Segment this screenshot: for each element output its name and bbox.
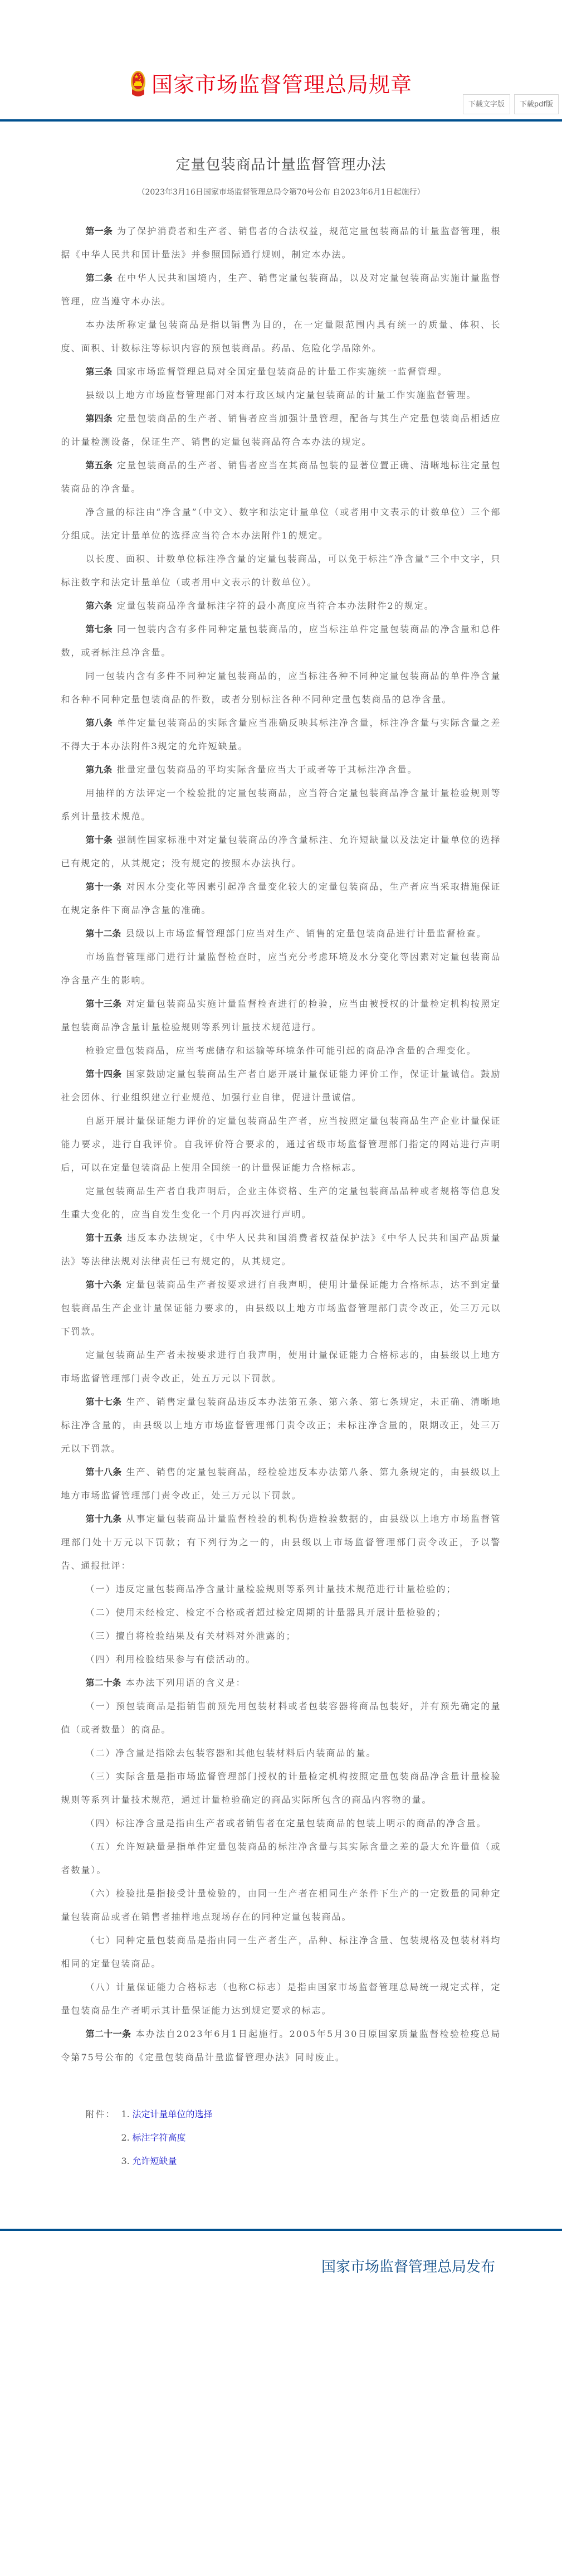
article-paragraph: 第二十一条本办法自2023年6月1日起施行。2005年5月30日原国家质量监督检…: [61, 2022, 501, 2069]
article-paragraph: 第四条定量包装商品的生产者、销售者应当加强计量管理，配备与其生产定量包装商品相适…: [61, 407, 501, 454]
article-paragraph: （三）实际含量是指市场监督管理部门授权的计量检定机构按照定量包装商品净含量计量检…: [61, 1765, 501, 1812]
attachment-row: 3. 允许短缺量: [86, 2150, 501, 2173]
article-text: 单件定量包装商品的实际含量应当准确反映其标注净含量，标注净含量与实际含量之差不得…: [61, 717, 501, 751]
article-text: （一）违反定量包装商品净含量计量检验规则等系列计量技术规范进行计量检验的；: [86, 1584, 457, 1594]
article-number: 第五条: [86, 460, 113, 470]
article-number: 第十五条: [86, 1233, 123, 1243]
article-text: 县级以上地方市场监督管理部门对本行政区域内定量包装商品的计量工作实施监督管理。: [86, 390, 477, 400]
article-paragraph: 第七条同一包装内含有多件同种定量包装商品的，应当标注单件定量包装商品的净含量和总…: [61, 618, 501, 664]
article-number: 第十九条: [86, 1513, 122, 1524]
article-text: 自愿开展计量保证能力评价的定量包装商品生产者，应当按照定量包装商品生产企业计量保…: [61, 1115, 501, 1173]
article-paragraph: 检验定量包装商品，应当考虑储存和运输等环境条件可能引起的商品净含量的合理变化。: [61, 1039, 501, 1063]
article-text: 对定量包装商品实施计量监督检查进行的检验，应当由被授权的计量检定机构按照定量包装…: [61, 998, 501, 1032]
article-paragraph: 以长度、面积、计数单位标注净含量的定量包装商品，可以免于标注“净含量”三个中文字…: [61, 547, 501, 594]
article-paragraph: 第三条国家市场监督管理总局对全国定量包装商品的计量工作实施统一监督管理。: [61, 360, 501, 384]
download-buttons: 下载文字版 下载pdf版: [463, 94, 559, 114]
article-number: 第二十条: [86, 1677, 121, 1688]
article-paragraph: （八）计量保证能力合格标志（也称C标志）是指由国家市场监督管理总局统一规定式样，…: [61, 1976, 501, 2022]
article-paragraph: 第十六条定量包装商品生产者按要求进行自我声明，使用计量保证能力合格标志，达不到定…: [61, 1273, 501, 1343]
footer-divider: [0, 2229, 562, 2231]
article-paragraph: （三）擅自将检验结果及有关材料对外泄露的；: [61, 1624, 501, 1648]
article-number: 第七条: [86, 624, 113, 634]
national-emblem-icon: [130, 70, 146, 100]
article-text: 定量包装商品的生产者、销售者应当加强计量管理，配备与其生产定量包装商品相适应的计…: [61, 413, 501, 447]
article-text: （三）擅自将检验结果及有关材料对外泄露的；: [86, 1631, 296, 1641]
article-text: （三）实际含量是指市场监督管理部门授权的计量检定机构按照定量包装商品净含量计量检…: [61, 1771, 501, 1805]
article-paragraph: 第十九条从事定量包装商品计量监督检验的机构伪造检验数据的，由县级以上地方市场监督…: [61, 1507, 501, 1578]
article-text: 生产、销售的定量包装商品，经检验违反本办法第八条、第九条规定的，由县级以上地方市…: [61, 1467, 501, 1501]
article-text: （四）利用检验结果参与有偿活动的。: [86, 1654, 256, 1665]
article-number: 第一条: [86, 226, 113, 236]
article-number: 第四条: [86, 413, 113, 424]
article-text: 定量包装商品生产者按要求进行自我声明，使用计量保证能力合格标志，达不到定量包装商…: [61, 1279, 501, 1337]
article-paragraph: 第一条为了保护消费者和生产者、销售者的合法权益，规范定量包装商品的计量监督管理，…: [61, 220, 501, 266]
article-number: 第二条: [86, 273, 113, 283]
article-text: （六）检验批是指接受计量检验的，由同一生产者在相同生产条件下生产的一定数量的同种…: [61, 1888, 501, 1922]
article-paragraph: 第十七条生产、销售定量包装商品违反本办法第五条、第六条、第七条规定，未正确、清晰…: [61, 1390, 501, 1461]
article-paragraph: 第二条在中华人民共和国境内，生产、销售定量包装商品，以及对定量包装商品实施计量监…: [61, 266, 501, 313]
article-paragraph: 第六条定量包装商品净含量标注字符的最小高度应当符合本办法附件2的规定。: [61, 594, 501, 618]
article-text: 批量定量包装商品的平均实际含量应当大于或者等于其标注净含量。: [117, 764, 418, 775]
article-text: 同一包装内含有多件同种定量包装商品的，应当标注单件定量包装商品的净含量和总件数，…: [61, 624, 501, 658]
article-text: （二）净含量是指除去包装容器和其他包装材料后内装商品的量。: [86, 1748, 377, 1758]
article-text: 从事定量包装商品计量监督检验的机构伪造检验数据的，由县级以上地方市场监督管理部门…: [61, 1513, 501, 1571]
article-text: 定量包装商品的生产者、销售者应当在其商品包装的显著位置正确、清晰地标注定量包装商…: [61, 460, 501, 494]
article-text: 违反本办法规定，《中华人民共和国消费者权益保护法》《中华人民共和国产品质量法》等…: [61, 1233, 501, 1267]
article-text: （一）预包装商品是指销售前预先用包装材料或者包装容器将商品包装好，并有预先确定的…: [61, 1701, 501, 1735]
article-number: 第十四条: [86, 1069, 122, 1079]
article-paragraph: 第十八条生产、销售的定量包装商品，经检验违反本办法第八条、第九条规定的，由县级以…: [61, 1461, 501, 1507]
article-number: 第十三条: [86, 998, 122, 1009]
article-text: 为了保护消费者和生产者、销售者的合法权益，规范定量包装商品的计量监督管理，根据《…: [61, 226, 501, 260]
article-number: 第十一条: [86, 881, 122, 892]
article-paragraph: 县级以上地方市场监督管理部门对本行政区域内定量包装商品的计量工作实施监督管理。: [61, 384, 501, 407]
attachment-number: 3.: [121, 2150, 133, 2173]
attachment-link-3[interactable]: 允许短缺量: [133, 2150, 177, 2173]
article-text: 对因水分变化等因素引起净含量变化较大的定量包装商品，生产者应当采取措施保证在规定…: [61, 881, 501, 915]
attachment-link-1[interactable]: 法定计量单位的选择: [133, 2103, 213, 2126]
article-text: 净含量的标注由“净含量”（中文）、数字和法定计量单位（或者用中文表示的计数单位）…: [61, 507, 501, 541]
attachment-number: 2.: [121, 2126, 133, 2150]
article-text: 定量包装商品净含量标注字符的最小高度应当符合本办法附件2的规定。: [117, 600, 434, 611]
article-paragraph: 第五条定量包装商品的生产者、销售者应当在其商品包装的显著位置正确、清晰地标注定量…: [61, 454, 501, 501]
article-paragraph: （二）净含量是指除去包装容器和其他包装材料后内装商品的量。: [61, 1741, 501, 1765]
article-paragraph: 同一包装内含有多件不同种定量包装商品的，应当标注各种不同种定量包装商品的单件净含…: [61, 664, 501, 711]
article-paragraph: （二）使用未经检定、检定不合格或者超过检定周期的计量器具开展计量检验的；: [61, 1601, 501, 1624]
article-text: 强制性国家标准中对定量包装商品的净含量标注、允许短缺量以及法定计量单位的选择已有…: [61, 835, 501, 869]
document-subtitle: （2023年3月16日国家市场监督管理总局令第70号公布 自2023年6月1日起…: [61, 186, 501, 197]
article-text: 在中华人民共和国境内，生产、销售定量包装商品，以及对定量包装商品实施计量监督管理…: [61, 273, 501, 307]
article-text: 以长度、面积、计数单位标注净含量的定量包装商品，可以免于标注“净含量”三个中文字…: [61, 554, 501, 588]
article-paragraph: 第九条批量定量包装商品的平均实际含量应当大于或者等于其标注净含量。: [61, 758, 501, 782]
article-paragraph: 第十五条违反本办法规定，《中华人民共和国消费者权益保护法》《中华人民共和国产品质…: [61, 1226, 501, 1273]
article-paragraph: 定量包装商品生产者未按要求进行自我声明，使用计量保证能力合格标志的，由县级以上地…: [61, 1343, 501, 1390]
article-paragraph: （四）标注净含量是指由生产者或者销售者在定量包装商品的包装上明示的商品的净含量。: [61, 1812, 501, 1835]
article-text: （七）同种定量包装商品是指由同一生产者生产，品种、标注净含量、包装规格及包装材料…: [61, 1935, 501, 1969]
article-paragraph: 第十条强制性国家标准中对定量包装商品的净含量标注、允许短缺量以及法定计量单位的选…: [61, 828, 501, 875]
document-body: 定量包装商品计量监督管理办法 （2023年3月16日国家市场监督管理总局令第70…: [61, 149, 501, 2173]
article-number: 第十七条: [86, 1396, 122, 1407]
article-text: 县级以上市场监督管理部门应当对生产、销售的定量包装商品进行计量监督检查。: [126, 928, 487, 939]
attachment-row: 2. 标注字符高度: [86, 2126, 501, 2150]
article-text: 检验定量包装商品，应当考虑储存和运输等环境条件可能引起的商品净含量的合理变化。: [86, 1045, 477, 1056]
article-number: 第六条: [86, 600, 113, 611]
article-text: 市场监督管理部门进行计量监督检查时，应当充分考虑环境及水分变化等因素对定量包装商…: [61, 952, 501, 986]
article-number: 第十二条: [86, 928, 121, 939]
article-text: 国家市场监督管理总局对全国定量包装商品的计量工作实施统一监督管理。: [117, 366, 448, 377]
brand-title: 国家市场监督管理总局规章: [152, 74, 412, 95]
download-text-button[interactable]: 下载文字版: [463, 94, 510, 114]
page-footer: 国家市场监督管理总局发布: [0, 2229, 562, 2340]
article-text: （四）标注净含量是指由生产者或者销售者在定量包装商品的包装上明示的商品的净含量。: [86, 1818, 487, 1828]
article-paragraph: 净含量的标注由“净含量”（中文）、数字和法定计量单位（或者用中文表示的计数单位）…: [61, 501, 501, 547]
article-text: 生产、销售定量包装商品违反本办法第五条、第六条、第七条规定，未正确、清晰地标注净…: [61, 1396, 501, 1454]
article-text: （八）计量保证能力合格标志（也称C标志）是指由国家市场监督管理总局统一规定式样，…: [61, 1982, 501, 2016]
publisher-text: 国家市场监督管理总局发布: [321, 2255, 495, 2276]
brand: 国家市场监督管理总局规章: [130, 69, 412, 100]
article-text: 国家鼓励定量包装商品生产者自愿开展计量保证能力评价工作，保证计量诚信。鼓励社会团…: [61, 1069, 501, 1103]
download-pdf-button[interactable]: 下载pdf版: [514, 94, 559, 114]
article-paragraph: （四）利用检验结果参与有偿活动的。: [61, 1648, 501, 1671]
article-paragraph: 定量包装商品生产者自我声明后，企业主体资格、生产的定量包装商品品种或者规格等信息…: [61, 1180, 501, 1226]
article-text: 定量包装商品生产者未按要求进行自我声明，使用计量保证能力合格标志的，由县级以上地…: [61, 1350, 501, 1384]
article-number: 第十八条: [86, 1467, 122, 1477]
article-paragraph: 第十二条县级以上市场监督管理部门应当对生产、销售的定量包装商品进行计量监督检查。: [61, 922, 501, 945]
article-text: 定量包装商品生产者自我声明后，企业主体资格、生产的定量包装商品品种或者规格等信息…: [61, 1186, 501, 1220]
article-number: 第八条: [86, 717, 113, 728]
header-divider: [0, 119, 562, 122]
article-paragraph: （一）违反定量包装商品净含量计量检验规则等系列计量技术规范进行计量检验的；: [61, 1578, 501, 1601]
article-number: 第十条: [86, 835, 113, 845]
article-text: 本办法下列用语的含义是：: [126, 1677, 246, 1688]
article-text: 同一包装内含有多件不同种定量包装商品的，应当标注各种不同种定量包装商品的单件净含…: [61, 671, 501, 705]
article-paragraph: 第八条单件定量包装商品的实际含量应当准确反映其标注净含量，标注净含量与实际含量之…: [61, 711, 501, 758]
attachments: 附件： 1. 法定计量单位的选择 2. 标注字符高度 3. 允许短缺量: [61, 2103, 501, 2173]
article-number: 第二十一条: [86, 2029, 131, 2039]
article-paragraph: 第十一条对因水分变化等因素引起净含量变化较大的定量包装商品，生产者应当采取措施保…: [61, 875, 501, 922]
article-text: （五）允许短缺量是指单件定量包装商品的标注净含量与其实际含量之差的最大允许量值（…: [61, 1841, 501, 1875]
article-paragraph: （一）预包装商品是指销售前预先用包装材料或者包装容器将商品包装好，并有预先确定的…: [61, 1695, 501, 1741]
article-paragraph: 市场监督管理部门进行计量监督检查时，应当充分考虑环境及水分变化等因素对定量包装商…: [61, 945, 501, 992]
article-paragraph: 第十三条对定量包装商品实施计量监督检查进行的检验，应当由被授权的计量检定机构按照…: [61, 992, 501, 1039]
article-text: 本办法所称定量包装商品是指以销售为目的，在一定量限范围内具有统一的质量、体积、长…: [61, 319, 501, 353]
document-title: 定量包装商品计量监督管理办法: [61, 149, 501, 181]
article-text: （二）使用未经检定、检定不合格或者超过检定周期的计量器具开展计量检验的；: [86, 1607, 447, 1618]
attachment-row: 附件： 1. 法定计量单位的选择: [86, 2103, 501, 2126]
article-number: 第十六条: [86, 1279, 122, 1290]
attachment-number: 1.: [121, 2103, 133, 2126]
article-number: 第九条: [86, 764, 113, 775]
article-paragraph: （七）同种定量包装商品是指由同一生产者生产，品种、标注净含量、包装规格及包装材料…: [61, 1929, 501, 1976]
article-number: 第三条: [86, 366, 113, 377]
article-list: 第一条为了保护消费者和生产者、销售者的合法权益，规范定量包装商品的计量监督管理，…: [61, 220, 501, 2069]
attachments-label: 附件：: [86, 2103, 121, 2126]
attachments-label-spacer: [86, 2126, 121, 2150]
article-paragraph: （五）允许短缺量是指单件定量包装商品的标注净含量与其实际含量之差的最大允许量值（…: [61, 1835, 501, 1882]
attachment-link-2[interactable]: 标注字符高度: [133, 2126, 186, 2150]
article-paragraph: 第十四条国家鼓励定量包装商品生产者自愿开展计量保证能力评价工作，保证计量诚信。鼓…: [61, 1063, 501, 1109]
article-paragraph: 用抽样的方法评定一个检验批的定量包装商品，应当符合定量包装商品净含量计量检验规则…: [61, 782, 501, 828]
attachments-label-spacer: [86, 2150, 121, 2173]
article-paragraph: 本办法所称定量包装商品是指以销售为目的，在一定量限范围内具有统一的质量、体积、长…: [61, 313, 501, 360]
article-text: 用抽样的方法评定一个检验批的定量包装商品，应当符合定量包装商品净含量计量检验规则…: [61, 788, 501, 822]
article-paragraph: （六）检验批是指接受计量检验的，由同一生产者在相同生产条件下生产的一定数量的同种…: [61, 1882, 501, 1929]
article-paragraph: 自愿开展计量保证能力评价的定量包装商品生产者，应当按照定量包装商品生产企业计量保…: [61, 1109, 501, 1180]
page-header: 国家市场监督管理总局规章 下载文字版 下载pdf版: [0, 0, 562, 119]
article-paragraph: 第二十条本办法下列用语的含义是：: [61, 1671, 501, 1695]
